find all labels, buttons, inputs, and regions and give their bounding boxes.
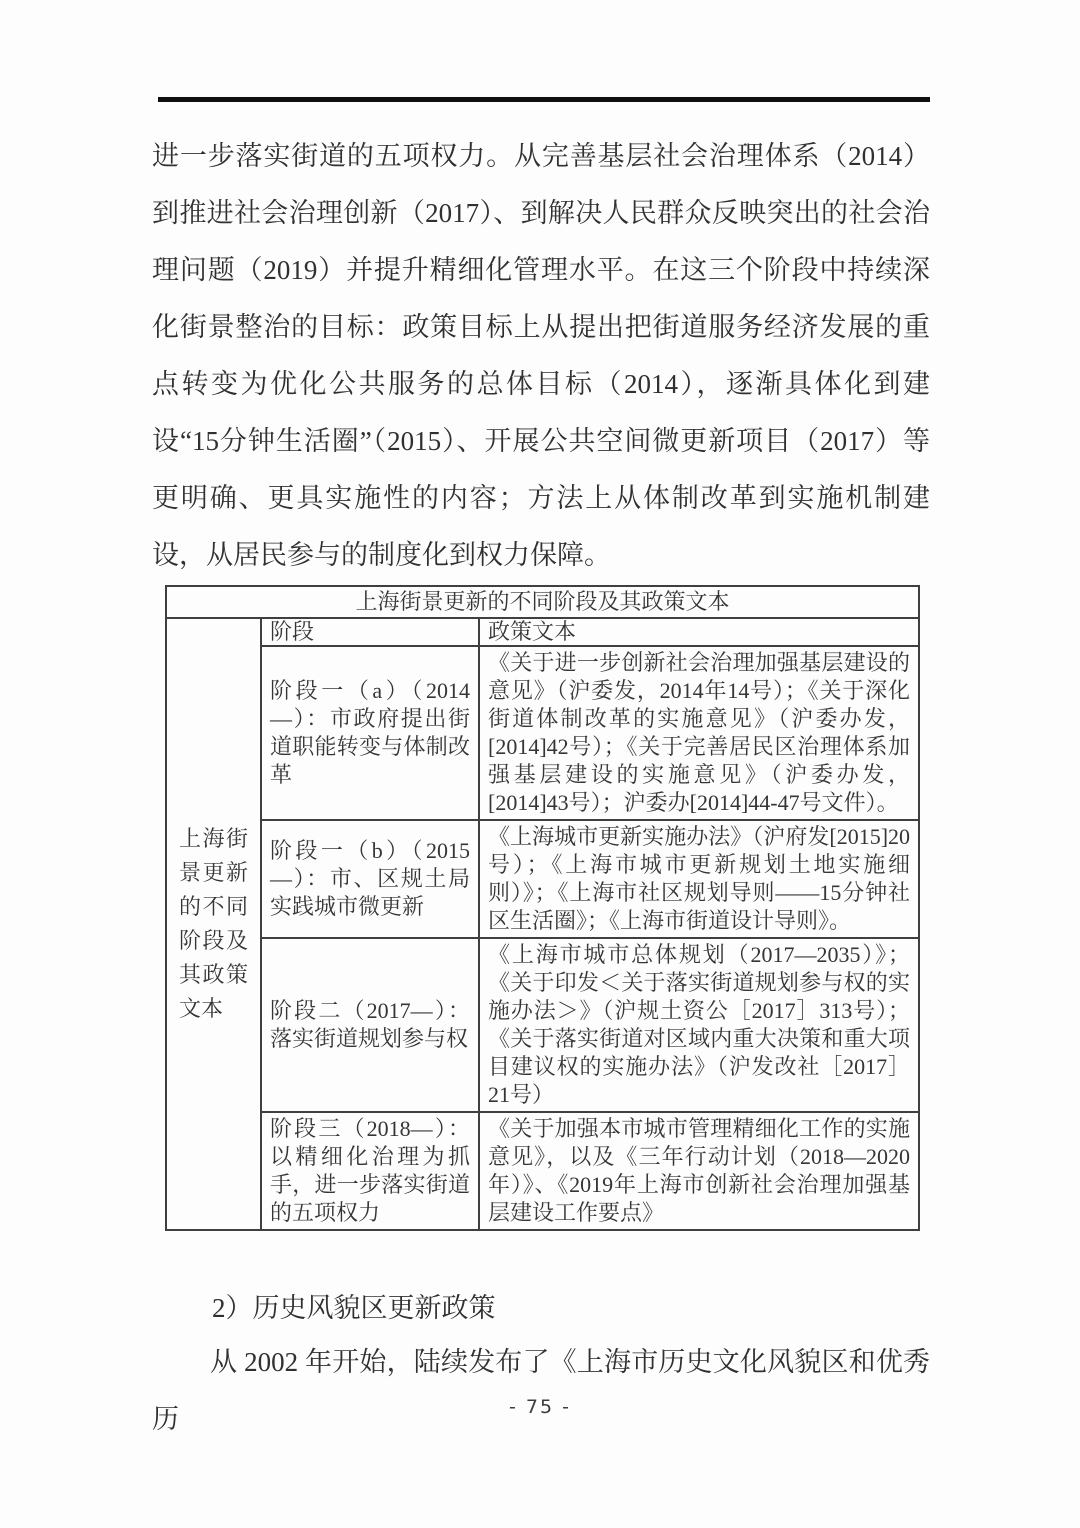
body-paragraph-1: 进一步落实街道的五项权力。从完善基层社会治理体系（2014）到推进社会治理创新（… [152,128,930,584]
policy-cell: 《关于进一步创新社会治理加强基层建设的意见》（沪委发，2014年14号）；《关于… [479,646,919,820]
column-header-policy: 政策文本 [479,618,919,646]
table-row: 阶段一（a）（2014—）：市政府提出街道职能转变与体制改革 《关于进一步创新社… [166,646,919,820]
stage-cell: 阶段三（2018—）：以精细化治理为抓手，进一步落实街道的五项权力 [261,1112,479,1230]
policy-table: 上海街景更新的不同阶段及其政策文本 上海街景更新的不同阶段及其政策文本 阶段 政… [165,585,920,1231]
table-title: 上海街景更新的不同阶段及其政策文本 [166,586,919,618]
table-row: 阶段二（2017—）：落实街道规划参与权 《上海市城市总体规划（2017—203… [166,938,919,1112]
stage-cell: 阶段二（2017—）：落实街道规划参与权 [261,938,479,1112]
header-rule [158,97,930,102]
policy-cell: 《关于加强本市城市管理精细化工作的实施意见》，以及《三年行动计划（2018—20… [479,1112,919,1230]
stage-cell: 阶段一（a）（2014—）：市政府提出街道职能转变与体制改革 [261,646,479,820]
subsection-heading: 2）历史风貌区更新政策 [212,1288,912,1328]
body-paragraph-2: 从 2002 年开始，陆续发布了《上海市历史文化风貌区和优秀历 [152,1334,930,1448]
stage-cell: 阶段一（b）（2015—）：市、区规土局实践城市微更新 [261,820,479,938]
table-row: 阶段一（b）（2015—）：市、区规土局实践城市微更新 《上海城市更新实施办法》… [166,820,919,938]
table-title-row: 上海街景更新的不同阶段及其政策文本 [166,586,919,618]
page-number: - 75 - [0,1396,1080,1418]
policy-cell: 《上海市城市总体规划（2017—2035）》；《关于印发＜关于落实街道规划参与权… [479,938,919,1112]
column-header-stage: 阶段 [261,618,479,646]
document-page: 进一步落实街道的五项权力。从完善基层社会治理体系（2014）到推进社会治理创新（… [0,0,1080,1528]
policy-cell: 《上海城市更新实施办法》（沪府发[2015]20号）；《上海市城市更新规划土地实… [479,820,919,938]
table-side-header: 上海街景更新的不同阶段及其政策文本 [166,618,261,1230]
table-row: 阶段三（2018—）：以精细化治理为抓手，进一步落实街道的五项权力 《关于加强本… [166,1112,919,1230]
table-header-row: 上海街景更新的不同阶段及其政策文本 阶段 政策文本 [166,618,919,646]
